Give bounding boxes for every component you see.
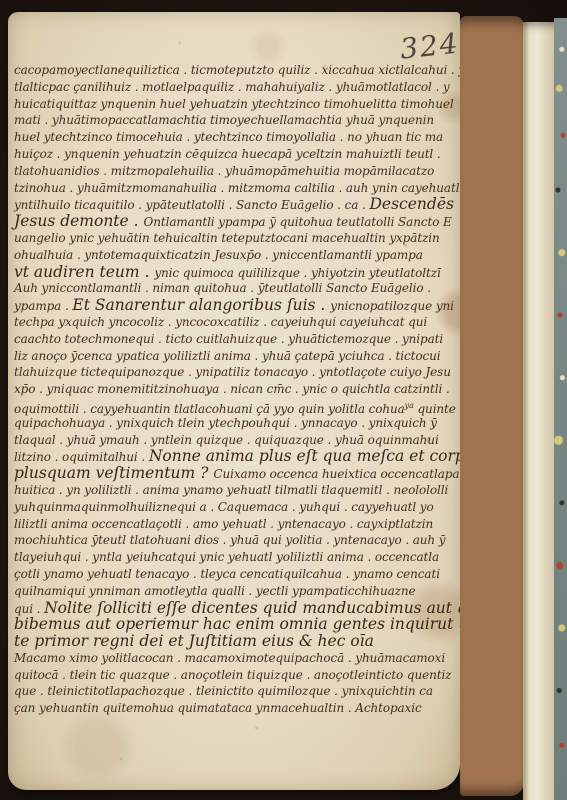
- text-segment: Et Sanarentur alangoribus ſuis .: [72, 296, 330, 314]
- manuscript-line: mati . yhuātimopaccatlamachtia timoyechu…: [14, 112, 456, 129]
- manuscript-line: cacopamoyectlanequiliztica . ticmoteputz…: [14, 62, 456, 79]
- manuscript-line: tlaqual . yhuā ymauh . yntlein quizque .…: [14, 432, 456, 449]
- text-segment: ynicnopatilozque yni: [330, 299, 454, 313]
- text-segment: liliztli anima occencatlaçotli . amo yeh…: [14, 517, 433, 531]
- manuscript-line: quipachohuaya . ynixquich tlein ytechpou…: [14, 415, 456, 432]
- text-segment: Descendēs: [370, 195, 454, 213]
- manuscript-line: que . tleinictitotlapachozque . tleinict…: [14, 683, 456, 700]
- manuscript-line: tlahuizque tictequipanozque . ynipatiliz…: [14, 364, 456, 381]
- text-segment: ynic quimoca quililizque . yhiyotzin yte…: [154, 266, 440, 280]
- manuscript-line: ohualhuia . yntotemaquixticatzin Jesuxp̄…: [14, 247, 456, 264]
- manuscript-line: te primor regni dei et Juſtitiam eius & …: [14, 633, 456, 650]
- text-segment: oquimottili . cayyehuantin tlatlacohuani…: [14, 402, 405, 416]
- manuscript-line: quilnamiqui ynniman amotleytla qualli . …: [14, 583, 456, 600]
- text-segment: Auh yniccontlamantli . niman quitohua . …: [14, 281, 431, 295]
- text-segment: çan yehuantin quitemohua quimatataca ynm…: [14, 701, 422, 715]
- text-segment: bibemus aut operiemur hac enim omnia gen…: [14, 615, 500, 633]
- manuscript-line: quitocā . tlein tic quazque . anoçotlein…: [14, 667, 456, 684]
- text-segment: Nonne anima plus eſt qua meſca et corpus: [149, 447, 483, 465]
- text-segment: litzino . oquimitalhui .: [14, 450, 149, 464]
- manuscript-line: Jesus demonte . Ontlamantli ypampa ȳ qui…: [14, 213, 456, 230]
- text-segment: ohualhuia . yntotemaquixticatzin Jesuxp̄…: [14, 248, 423, 262]
- text-segment: plusquam veſtimentum ?: [14, 464, 213, 482]
- manuscript-line: techpa yxquich yncocoliz . yncocoxcatili…: [14, 314, 456, 331]
- manuscript-line: litzino . oquimitalhui . Nonne anima plu…: [14, 448, 456, 465]
- manuscript-text-block: cacopamoyectlanequiliztica . ticmoteputz…: [14, 62, 456, 717]
- manuscript-line: çotli ynamo yehuatl tenacayo . tleyca ce…: [14, 566, 456, 583]
- manuscript-line: xp̄o . yniquac monemititzinohuaya . nica…: [14, 381, 456, 398]
- text-segment: quitocā . tlein tic quazque . anoçotlein…: [14, 668, 451, 682]
- text-segment: ya: [405, 401, 414, 410]
- text-segment: Cuixamo occenca hueixtica occencatlapana: [213, 467, 474, 481]
- text-segment: uangelio ynic yehuātin tehuicaltin tetep…: [14, 231, 440, 245]
- text-segment: tlahuizque tictequipanozque . ynipatiliz…: [14, 365, 451, 379]
- manuscript-line: huitica . yn yoliliztli . anima ynamo ye…: [14, 482, 456, 499]
- text-segment: vt audiren teum .: [14, 263, 154, 281]
- text-segment: çotli ynamo yehuatl tenacayo . tleyca ce…: [14, 567, 440, 581]
- text-segment: que . tleinictitotlapachozque . tleinict…: [14, 684, 433, 698]
- manuscript-line: Auh yniccontlamantli . niman quitohua . …: [14, 280, 456, 297]
- manuscript-line: tzinohua . yhuāmitzmomanahuilia . mitzmo…: [14, 180, 456, 197]
- manuscript-line: qui . Nolite ſolliciti eſſe dicentes qui…: [14, 600, 456, 617]
- manuscript-line: caachto totechmonequi . ticto cuitlahuiz…: [14, 331, 456, 348]
- manuscript-line: mochiuhtica ȳteutl tlatohuani dios . yhu…: [14, 532, 456, 549]
- manuscript-line: uangelio ynic yehuātin tehuicaltin tetep…: [14, 230, 456, 247]
- manuscript-line: bibemus aut operiemur hac enim omnia gen…: [14, 616, 456, 633]
- manuscript-line: yntilhuilo ticaquitilo . ypāteutlatolli …: [14, 196, 456, 213]
- text-segment: mochiuhtica ȳteutl tlatohuani dios . yhu…: [14, 533, 445, 547]
- text-segment: huel ytechtzinco timocehuia . ytechtzinc…: [14, 130, 443, 144]
- text-segment: tlatohuanidios . mitzmopalehuilia . yhuā…: [14, 164, 434, 178]
- text-segment: Macamo ximo yolitlacocan . macamoximoteq…: [14, 651, 445, 665]
- text-segment: qui .: [14, 602, 44, 616]
- text-segment: yntilhuilo ticaquitilo . ypāteutlatolli …: [14, 198, 370, 212]
- manuscript-line: çan yehuantin quitemohua quimatataca ynm…: [14, 700, 456, 717]
- text-segment: mati . yhuātimopaccatlamachtia timoyechu…: [14, 113, 434, 127]
- manuscript-line: tlayeiuhqui . yntla yeiuhcatqui ynic yeh…: [14, 549, 456, 566]
- text-segment: quinte: [414, 402, 456, 416]
- manuscript-line: plusquam veſtimentum ? Cuixamo occenca h…: [14, 465, 456, 482]
- manuscript-line: tlalticpac çanilihuiz . motlaelpaquiliz …: [14, 79, 456, 96]
- text-segment: huitica . yn yoliliztli . anima ynamo ye…: [14, 483, 448, 497]
- manuscript-line: huicatiquittaz ynquenin huel yehuatzin y…: [14, 96, 456, 113]
- text-segment: caachto totechmonequi . ticto cuitlahuiz…: [14, 332, 443, 346]
- text-segment: te primor regni dei et Juſtitiam eius & …: [14, 632, 374, 650]
- manuscript-line: liliztli anima occencatlaçotli . amo yeh…: [14, 516, 456, 533]
- text-segment: tlayeiuhqui . yntla yeiuhcatqui ynic yeh…: [14, 550, 439, 564]
- text-segment: huicatiquittaz ynquenin huel yehuatzin y…: [14, 97, 454, 111]
- text-segment: techpa yxquich yncocoliz . yncocoxcatili…: [14, 315, 427, 329]
- text-segment: huiçoz . ynquenin yehuatzin cēquizca hue…: [14, 147, 441, 161]
- text-segment: Jesus demonte .: [14, 212, 144, 230]
- manuscript-line: yuhquinmaquinmolhuiliznequi a . Caquemac…: [14, 499, 456, 516]
- text-segment: liz anoço ȳcenca ypatica yoliliztli anim…: [14, 349, 440, 363]
- manuscript-line: oquimottili . cayyehuantin tlatlacohuani…: [14, 398, 456, 415]
- text-segment: xp̄o . yniquac monemititzinohuaya . nica…: [14, 382, 450, 396]
- text-segment: ypampa .: [14, 299, 72, 313]
- text-segment: quipachohuaya . ynixquich tlein ytechpou…: [14, 416, 437, 430]
- manuscript-line: Macamo ximo yolitlacocan . macamoximoteq…: [14, 650, 456, 667]
- text-segment: tlaqual . yhuā ymauh . yntlein quizque .…: [14, 433, 439, 447]
- book-fore-edge: [460, 16, 524, 796]
- text-segment: tzinohua . yhuāmitzmomanahuilia . mitzmo…: [14, 181, 459, 195]
- text-segment: cacopamoyectlanequiliztica . ticmoteputz…: [14, 63, 465, 77]
- flyleaf-page-edge: [523, 22, 556, 800]
- manuscript-line: tlatohuanidios . mitzmopalehuilia . yhuā…: [14, 163, 456, 180]
- text-segment: yuhquinmaquinmolhuiliznequi a . Caquemac…: [14, 500, 434, 514]
- text-segment: Ontlamantli ypampa ȳ quitohua teutlatoll…: [144, 215, 452, 229]
- photo-background: 324 cacopamoyectlanequiliztica . ticmote…: [0, 0, 567, 800]
- manuscript-page: 324 cacopamoyectlanequiliztica . ticmote…: [8, 12, 460, 790]
- manuscript-line: huiçoz . ynquenin yehuatzin cēquizca hue…: [14, 146, 456, 163]
- text-segment: quilnamiqui ynniman amotleytla qualli . …: [14, 584, 416, 598]
- manuscript-line: ypampa . Et Sanarentur alangoribus ſuis …: [14, 297, 456, 314]
- text-segment: tlalticpac çanilihuiz . motlaelpaquiliz …: [14, 80, 450, 94]
- manuscript-line: huel ytechtzinco timocehuia . ytechtzinc…: [14, 129, 456, 146]
- marbled-endpaper: [554, 18, 567, 800]
- manuscript-line: liz anoço ȳcenca ypatica yoliliztli anim…: [14, 348, 456, 365]
- text-segment: Nolite ſolliciti eſſe dicentes quid mand…: [44, 599, 492, 617]
- manuscript-line: vt audiren teum . ynic quimoca quililizq…: [14, 264, 456, 281]
